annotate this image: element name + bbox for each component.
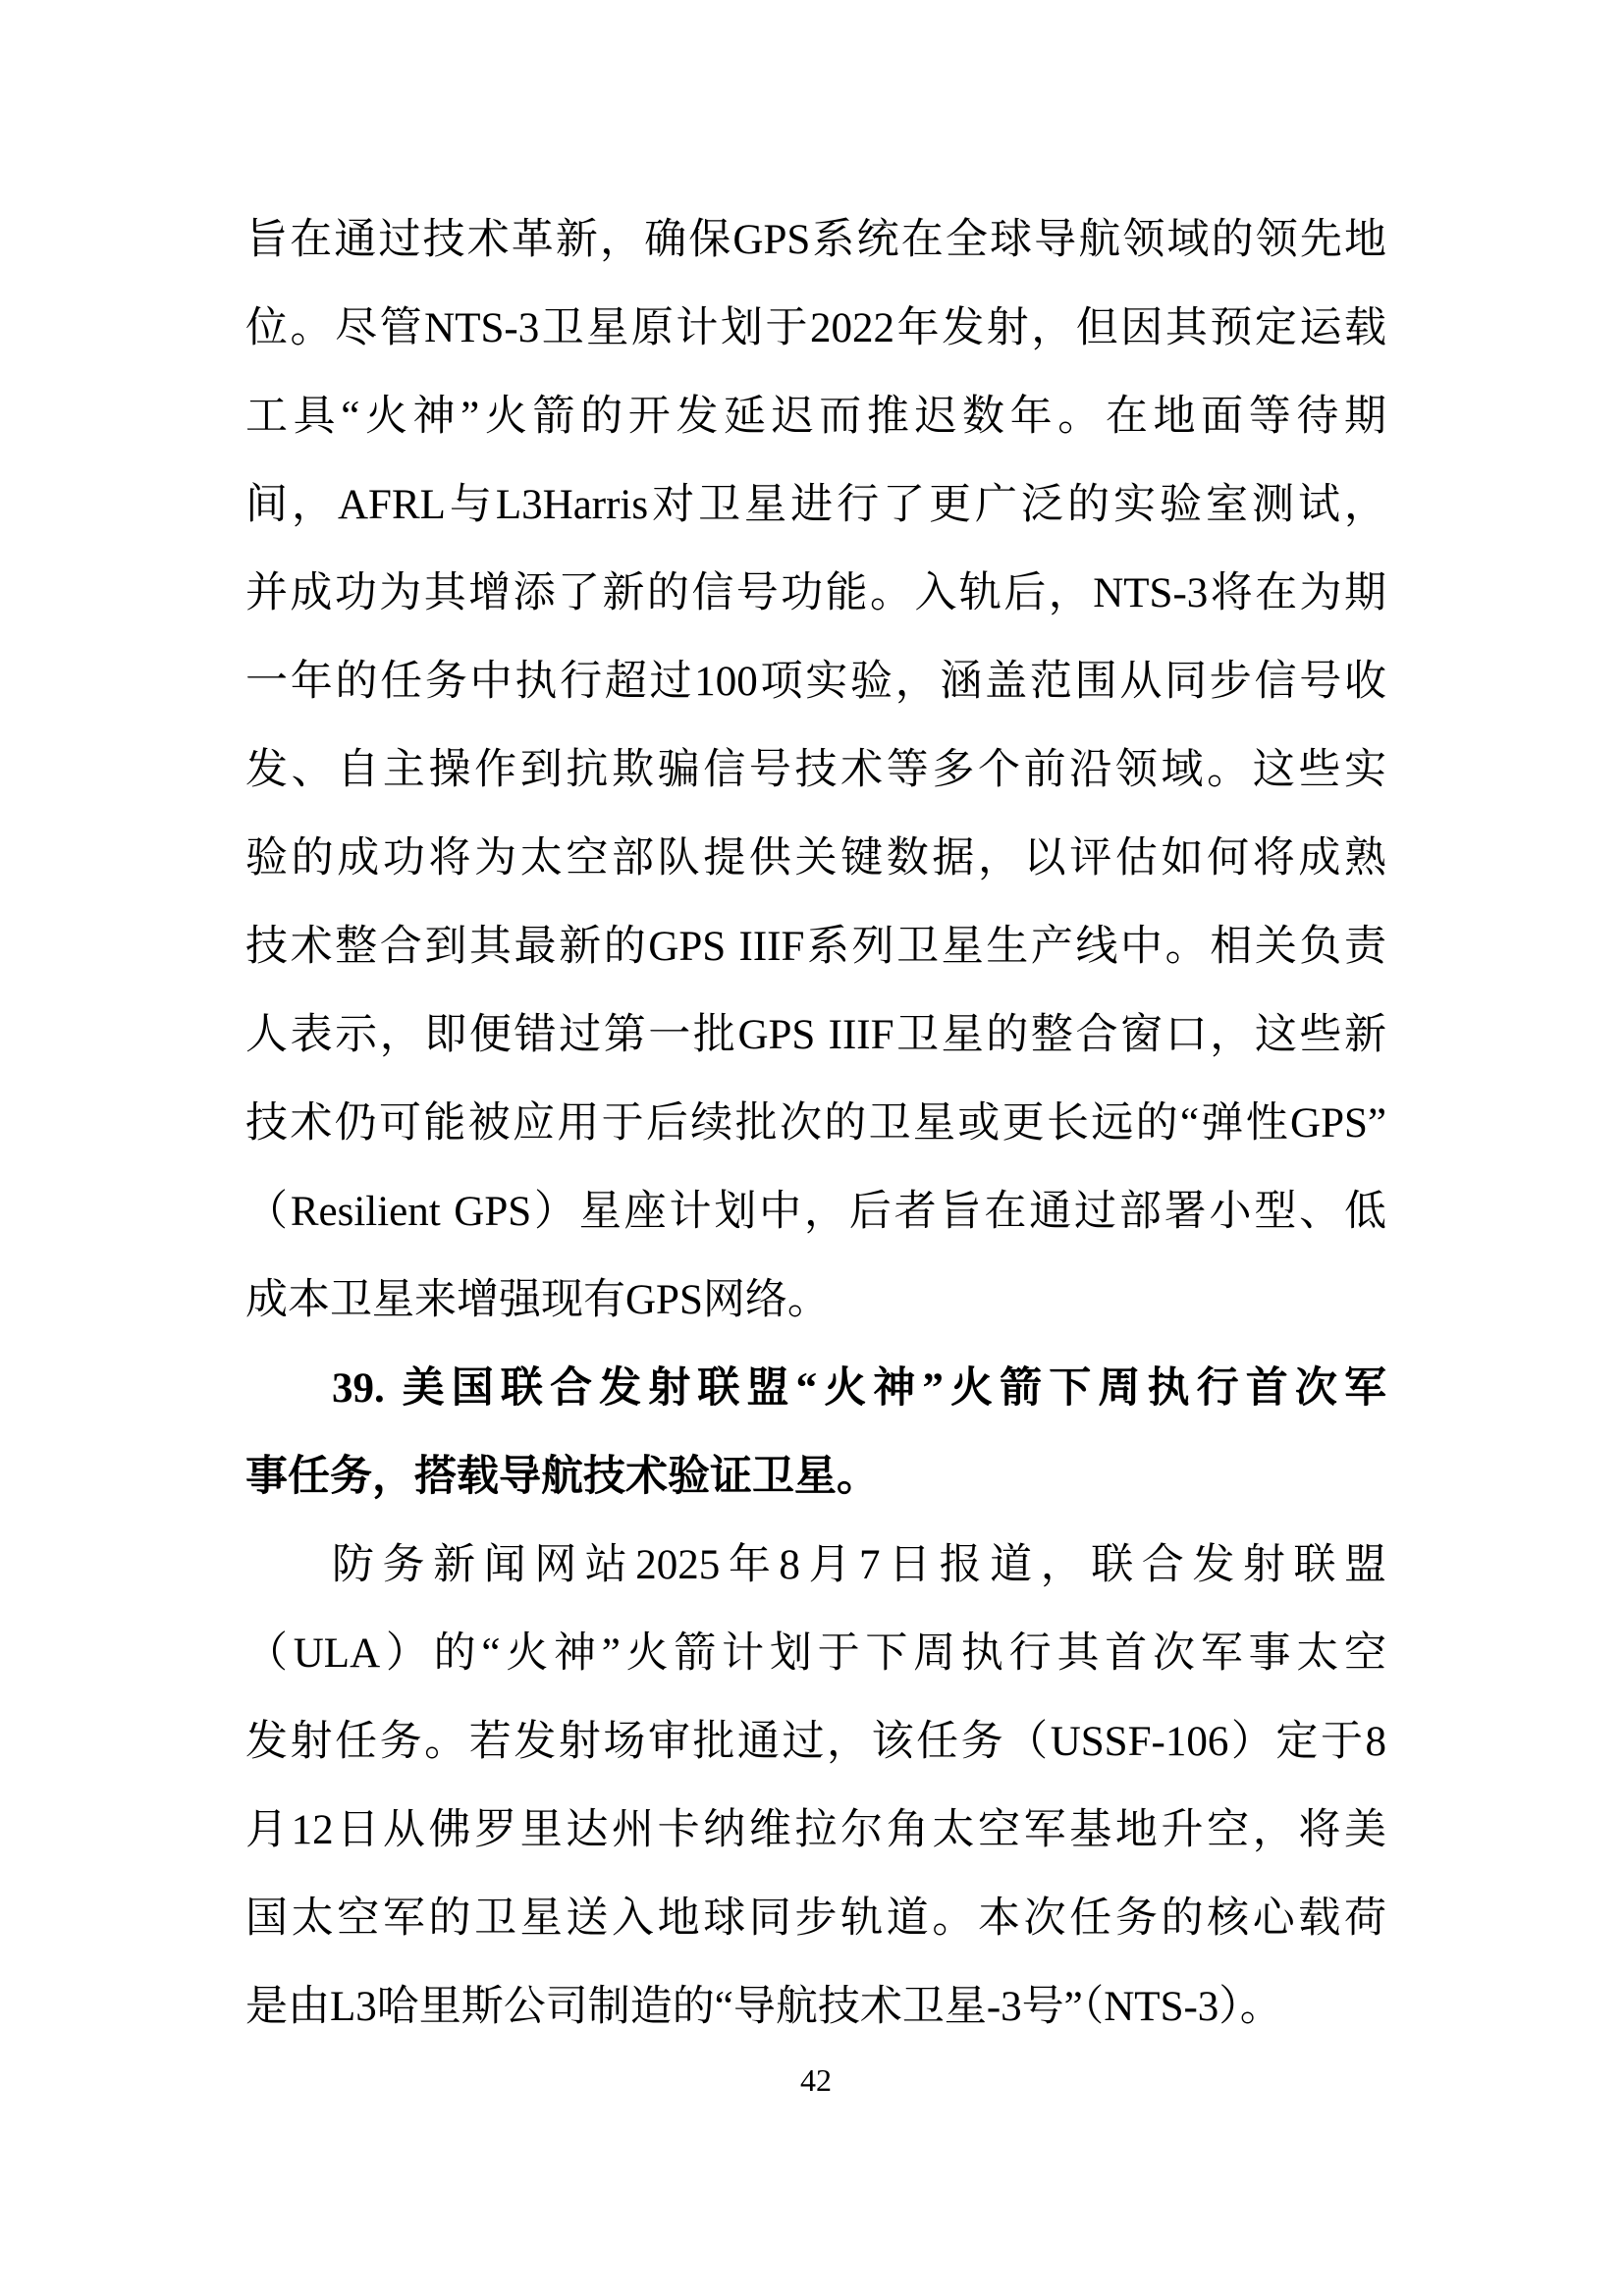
text-line: 发、自主操作到抗欺骗信号技术等多个前沿领域。这些实: [245, 726, 1386, 815]
text-line: 发射任务。若发射场审批通过，该任务（USSF-106）定于8: [245, 1698, 1386, 1787]
text-line: 人表示，即便错过第一批GPS IIIF卫星的整合窗口，这些新: [245, 991, 1386, 1080]
text-line: 位。尽管NTS-3卫星原计划于2022年发射，但因其预定运载: [245, 285, 1386, 373]
section-heading-39: 39. 美国联合发射联盟“火神”火箭下周执行首次军 事任务，搭载导航技术验证卫星…: [245, 1345, 1386, 1522]
document-page: 旨在通过技术革新，确保GPS系统在全球导航领域的领先地 位。尽管NTS-3卫星原…: [0, 0, 1624, 2296]
text-line: 月12日从佛罗里达州卡纳维拉尔角太空军基地升空，将美: [245, 1787, 1386, 1875]
text-line: （Resilient GPS）星座计划中，后者旨在通过部署小型、低: [245, 1168, 1386, 1256]
text-line: 技术仍可能被应用于后续批次的卫星或更长远的“弹性GPS”: [245, 1080, 1386, 1168]
heading-line: 39. 美国联合发射联盟“火神”火箭下周执行首次军: [245, 1345, 1386, 1433]
text-line: 一年的任务中执行超过100项实验，涵盖范围从同步信号收: [245, 638, 1386, 726]
heading-line: 事任务，搭载导航技术验证卫星。: [245, 1433, 1386, 1522]
paragraph-nts3-continuation: 旨在通过技术革新，确保GPS系统在全球导航领域的领先地 位。尽管NTS-3卫星原…: [245, 196, 1386, 1345]
text-line: 旨在通过技术革新，确保GPS系统在全球导航领域的领先地: [245, 196, 1386, 285]
paragraph-ula-vulcan: 防务新闻网站2025年8月7日报道，联合发射联盟 （ULA）的“火神”火箭计划于…: [245, 1522, 1386, 2052]
text-line: 验的成功将为太空部队提供关键数据，以评估如何将成熟: [245, 815, 1386, 903]
text-line: 技术整合到其最新的GPS IIIF系列卫星生产线中。相关负责: [245, 903, 1386, 991]
text-column: 旨在通过技术革新，确保GPS系统在全球导航领域的领先地 位。尽管NTS-3卫星原…: [245, 196, 1386, 2052]
text-line: （ULA）的“火神”火箭计划于下周执行其首次军事太空: [245, 1610, 1386, 1698]
text-line: 间，AFRL与L3Harris对卫星进行了更广泛的实验室测试，: [245, 461, 1386, 550]
text-line: 国太空军的卫星送入地球同步轨道。本次任务的核心载荷: [245, 1875, 1386, 1963]
page-number: 42: [245, 2058, 1386, 2102]
text-line: 防务新闻网站2025年8月7日报道，联合发射联盟: [245, 1522, 1386, 1610]
text-line: 是由L3哈里斯公司制造的“导航技术卫星-3号”（NTS-3）。: [245, 1963, 1386, 2052]
text-line: 并成功为其增添了新的信号功能。入轨后，NTS-3将在为期: [245, 550, 1386, 638]
text-line: 工具“火神”火箭的开发延迟而推迟数年。在地面等待期: [245, 373, 1386, 461]
text-line: 成本卫星来增强现有GPS网络。: [245, 1256, 1386, 1345]
